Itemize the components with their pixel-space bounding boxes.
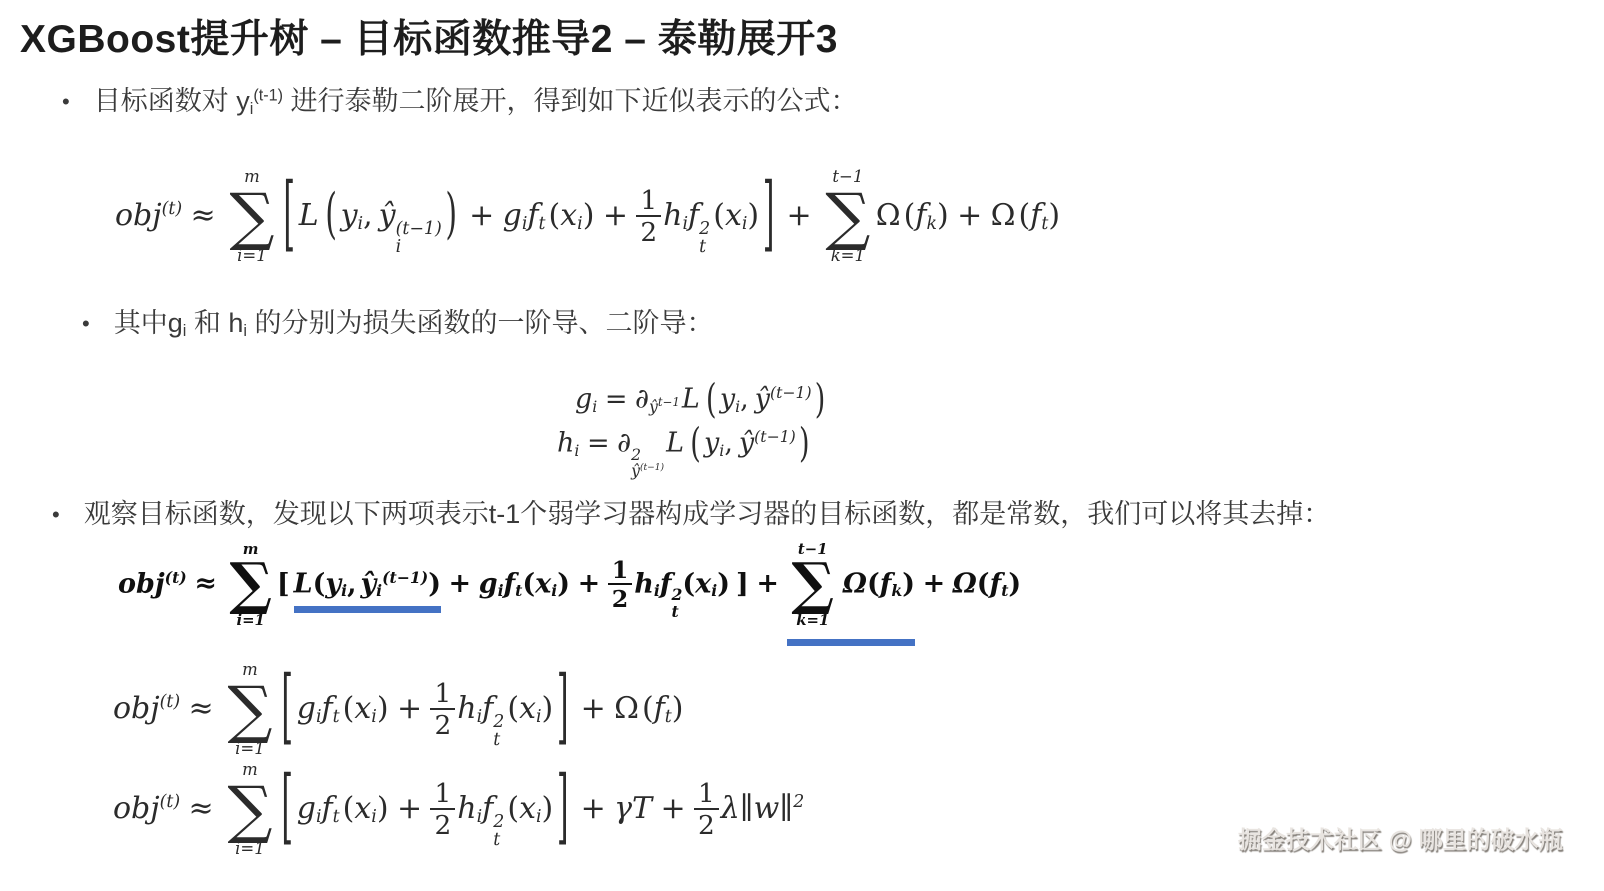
sigma-symbol: ∑ — [229, 187, 274, 247]
math-fraction: 12 — [694, 779, 719, 840]
math-variable: h — [557, 428, 574, 459]
math-bracket: [ — [281, 668, 293, 749]
math-summation: m∑i=1 — [227, 761, 272, 859]
math-symbol: ) — [902, 568, 915, 599]
math-symbol: ( — [682, 568, 695, 599]
sigma-symbol: ∑ — [227, 680, 272, 740]
bullet-2-text: 其中gi 和 hi 的分别为损失函数的一阶导、二阶导： — [114, 306, 714, 342]
math-fraction: 12 — [636, 186, 661, 247]
math-operator: = — [587, 428, 610, 459]
math-bracket: ] — [557, 668, 569, 749]
math-variable: x — [519, 791, 536, 826]
math-bracket: [ — [283, 175, 295, 256]
math-variable: ŷ — [739, 428, 754, 459]
slide: XGBoost提升树 – 目标函数推导2 – 泰勒展开3 • 目标函数对 yi(… — [0, 0, 1604, 891]
math-variable: f — [688, 198, 699, 233]
math-symbol: ( — [713, 198, 725, 233]
sigma-symbol: ∑ — [825, 187, 870, 247]
math-symbol: ∥ — [779, 791, 793, 826]
math-symbol: ) — [937, 198, 949, 233]
math-operator: + — [469, 198, 494, 233]
math-variable: ŷ — [631, 461, 640, 480]
math-bracket: ( — [706, 379, 717, 420]
math-variable: x — [354, 691, 371, 726]
math-variable: g — [297, 691, 316, 726]
math-fraction: 12 — [430, 679, 455, 740]
math-supsub: (t−1)i — [396, 220, 442, 257]
fraction-denominator: 2 — [608, 583, 633, 612]
sum-lower-limit: k=1 — [796, 612, 829, 629]
math-variable: f — [504, 568, 516, 599]
math-variable: f — [527, 198, 538, 233]
math-variable: f — [322, 791, 333, 826]
math-superscript: (t−1) — [754, 427, 796, 446]
bullet-2-p1: 其中g — [114, 308, 183, 338]
math-operator: ≈ — [191, 198, 216, 233]
math-subscript: t — [333, 807, 340, 827]
math-variable: x — [560, 198, 577, 233]
math-variable: x — [519, 691, 536, 726]
math-variable: x — [535, 568, 551, 599]
math-operator: + — [397, 791, 422, 826]
math-variable: h — [457, 791, 476, 826]
math-variable: f — [322, 691, 333, 726]
math-sub: t — [493, 731, 500, 749]
math-bracket: ] — [557, 768, 569, 849]
math-symbol: ( — [343, 791, 355, 826]
math-subscript: t — [333, 707, 340, 727]
math-operator: + — [449, 568, 472, 599]
math-variable: y — [704, 428, 719, 459]
math-variable: x — [354, 791, 371, 826]
math-operator: + — [603, 198, 628, 233]
math-summation: m∑i=1 — [229, 541, 272, 629]
math-symbol: ( — [1019, 198, 1031, 233]
math-variable: f — [990, 568, 1002, 599]
math-sup: 2 — [699, 220, 710, 238]
math-variable: Ω — [843, 568, 867, 599]
math-symbol: ) — [377, 691, 389, 726]
bullet-1-post: 进行泰勒二阶展开，得到如下近似表示的公式： — [283, 86, 858, 116]
math-variable: λ — [721, 791, 740, 826]
formula-objective-regularized: obj(t)≈m∑i=1[gift(xi)+12hif2t(xi)]+γT+12… — [113, 761, 804, 859]
math-variable: Ω — [953, 568, 977, 599]
math-symbol: ( — [867, 568, 880, 599]
math-operator: + — [786, 198, 811, 233]
math-symbol: Ω — [991, 198, 1016, 233]
formula-taylor-objective: obj(t)≈m∑i=1[L(yi,ŷ(t−1)i)+gift(xi)+12hi… — [115, 168, 1060, 266]
math-operator: ≈ — [189, 791, 214, 826]
math-superscript: (t−1) — [382, 568, 428, 587]
bullet-1-text: 目标函数对 yi(t-1) 进行泰勒二阶展开，得到如下近似表示的公式： — [94, 84, 858, 120]
math-symbol: ( — [549, 198, 561, 233]
math-variable: g — [575, 384, 592, 415]
math-sup: 2 — [493, 813, 504, 831]
math-operator: + — [957, 198, 982, 233]
fraction-numerator: 1 — [608, 557, 633, 583]
sum-lower-limit: k=1 — [831, 247, 865, 266]
fraction-numerator: 1 — [430, 679, 455, 708]
math-symbol: ) — [428, 568, 441, 599]
math-variable: w — [754, 791, 780, 826]
math-variable: obj — [115, 198, 162, 233]
math-operator: + — [578, 568, 601, 599]
math-variable: ∂ — [617, 428, 631, 459]
math-sup: 2 — [493, 713, 504, 731]
formula-hessian-hi: hi=∂2ŷ(t−1)L(yi,ŷ(t−1)) — [557, 427, 813, 479]
fraction-denominator: 2 — [636, 215, 661, 247]
math-variable: g — [297, 791, 316, 826]
math-supsub: 2ŷ(t−1) — [631, 447, 664, 480]
math-supsub: 2t — [699, 220, 710, 257]
fraction-denominator: 2 — [430, 808, 455, 840]
bullet-dot: • — [62, 84, 70, 119]
math-variable: ŷ — [379, 198, 396, 233]
math-symbol: ) — [542, 791, 554, 826]
math-bracket: ( — [325, 189, 337, 243]
math-sup: (t−1) — [396, 220, 442, 238]
math-operator: + — [581, 791, 606, 826]
math-symbol: ( — [343, 691, 355, 726]
math-symbol: ∥ — [740, 791, 754, 826]
bullet-2-p3: 的分别为损失函数的一阶导、二阶导： — [247, 308, 714, 338]
math-symbol: ( — [522, 568, 535, 599]
math-bracket: ] — [763, 175, 775, 256]
math-variable: f — [660, 568, 672, 599]
math-variable: y — [341, 198, 358, 233]
math-variable: y — [720, 384, 735, 415]
math-bracket: ) — [815, 379, 826, 420]
math-superscript: (t) — [165, 568, 187, 587]
math-operator: + — [397, 691, 422, 726]
fraction-numerator: 1 — [694, 779, 719, 808]
math-symbol: ] — [736, 568, 749, 599]
math-variable: ŷ — [649, 397, 658, 416]
math-variable: ŷ — [360, 568, 376, 599]
math-variable: f — [482, 791, 493, 826]
math-variable: f — [915, 198, 926, 233]
math-symbol: ) — [717, 568, 730, 599]
math-summation: t−1∑k=1 — [825, 168, 870, 266]
math-variable: x — [725, 198, 742, 233]
math-fraction: 12 — [430, 779, 455, 840]
slide-title: XGBoost提升树 – 目标函数推导2 – 泰勒展开3 — [20, 8, 838, 64]
bullet-dot: • — [82, 306, 90, 341]
math-symbol: ( — [507, 791, 519, 826]
fraction-denominator: 2 — [430, 708, 455, 740]
math-symbol: ( — [977, 568, 990, 599]
math-sub: ŷ(t−1) — [631, 463, 664, 479]
fraction-denominator: 2 — [694, 808, 719, 840]
math-symbol: , — [363, 198, 373, 233]
math-variable: h — [634, 568, 654, 599]
sum-lower-limit: i=1 — [237, 247, 267, 266]
math-sub: i — [396, 238, 402, 256]
math-symbol: ) — [542, 691, 554, 726]
math-variable: obj — [113, 791, 160, 826]
math-superscript: (t) — [160, 792, 181, 812]
math-variable: y — [325, 568, 341, 599]
math-subscript: ŷt−1 — [649, 395, 680, 416]
math-superscript: (t−1) — [770, 383, 812, 402]
math-operator: + — [756, 568, 779, 599]
math-symbol: , — [724, 428, 733, 459]
math-subscript: k — [926, 214, 937, 234]
sum-lower-limit: i=1 — [236, 612, 264, 629]
math-subscript: t — [539, 214, 546, 234]
sigma-symbol: ∑ — [791, 558, 834, 612]
math-symbol: Ω — [614, 691, 639, 726]
math-sub: t — [699, 238, 706, 256]
math-sub: t — [671, 604, 678, 620]
math-operator: = — [605, 384, 628, 415]
bullet-2-p2: 和 h — [186, 308, 243, 338]
math-symbol: ) — [672, 691, 684, 726]
math-variable: f — [1030, 198, 1041, 233]
math-symbol: [ — [277, 568, 290, 599]
math-group-underlined: t−1∑k=1Ω(fk) — [787, 541, 916, 646]
math-superscript: (t−1) — [640, 464, 664, 474]
formula-objective-simplified: obj(t)≈m∑i=1[gift(xi)+12hif2t(xi)]+Ω(ft) — [113, 661, 684, 759]
math-variable: L — [299, 198, 319, 233]
math-subscript: k — [891, 581, 902, 600]
math-variable: L — [666, 428, 684, 459]
math-variable: x — [695, 568, 711, 599]
math-variable: ∂ — [635, 384, 649, 415]
math-symbol: ( — [904, 198, 916, 233]
math-symbol: ) — [583, 198, 595, 233]
math-variable: γT — [614, 791, 652, 826]
math-variable: L — [294, 568, 313, 599]
math-variable: L — [682, 384, 700, 415]
math-variable: obj — [113, 691, 160, 726]
sum-lower-limit: i=1 — [235, 840, 265, 859]
math-supsub: 2t — [671, 587, 682, 620]
math-bracket: ) — [445, 189, 457, 243]
math-summation: m∑i=1 — [229, 168, 274, 266]
bullet-derivatives: • 其中gi 和 hi 的分别为损失函数的一阶导、二阶导： — [82, 306, 714, 342]
math-subscript: i — [592, 397, 597, 416]
math-bracket: ( — [690, 423, 701, 464]
math-subscript: t — [665, 707, 672, 727]
math-variable: ŷ — [755, 384, 770, 415]
math-subscript: i — [574, 441, 579, 460]
math-bracket: ) — [799, 423, 810, 464]
math-variable: g — [503, 198, 522, 233]
bullet-1-superscript: (t-1) — [253, 86, 283, 104]
math-superscript: (t) — [162, 199, 183, 219]
math-summation: m∑i=1 — [227, 661, 272, 759]
bullet-3-text: 观察目标函数，发现以下两项表示t-1个弱学习器构成学习器的目标函数，都是常数，我… — [84, 497, 1331, 532]
math-operator: ≈ — [194, 568, 217, 599]
math-symbol: ) — [747, 198, 759, 233]
math-symbol: ) — [1008, 568, 1021, 599]
math-symbol: ( — [507, 691, 519, 726]
math-symbol: ) — [1048, 198, 1060, 233]
math-operator: ≈ — [189, 691, 214, 726]
fraction-numerator: 1 — [430, 779, 455, 808]
math-symbol: Ω — [876, 198, 901, 233]
math-operator: + — [923, 568, 946, 599]
math-symbol: , — [347, 568, 356, 599]
sigma-symbol: ∑ — [229, 558, 272, 612]
formula-gradient-gi: gi=∂ŷt−1L(yi,ŷ(t−1)) — [575, 383, 829, 416]
math-operator: + — [660, 791, 685, 826]
math-operator: + — [581, 691, 606, 726]
formula-objective-underlined: obj(t)≈m∑i=1[L(yi,ŷi(t−1))+gift(xi)+12hi… — [118, 541, 1021, 646]
math-variable: f — [482, 691, 493, 726]
math-variable: f — [654, 691, 665, 726]
math-supsub: 2t — [493, 713, 504, 750]
fraction-numerator: 1 — [636, 186, 661, 215]
watermark: 掘金技术社区 @ 哪里的破水瓶 — [1238, 820, 1563, 855]
math-supsub: 2t — [493, 813, 504, 850]
sigma-symbol: ∑ — [227, 780, 272, 840]
math-fraction: 12 — [608, 557, 633, 612]
bullet-remove-constants: • 观察目标函数，发现以下两项表示t-1个弱学习器构成学习器的目标函数，都是常数… — [52, 497, 1330, 532]
bullet-dot: • — [52, 497, 60, 532]
math-superscript: t−1 — [658, 395, 680, 409]
math-symbol: ( — [642, 691, 654, 726]
math-symbol: , — [740, 384, 749, 415]
math-symbol: ( — [313, 568, 326, 599]
math-symbol: ) — [557, 568, 570, 599]
math-bracket: [ — [281, 768, 293, 849]
math-group-underlined: L(yi,ŷi(t−1)) — [294, 568, 441, 614]
math-sub: t — [493, 831, 500, 849]
math-superscript: 2 — [793, 792, 804, 812]
math-summation: t−1∑k=1 — [791, 541, 834, 629]
math-variable: h — [663, 198, 682, 233]
math-variable: h — [457, 691, 476, 726]
bullet-taylor-expansion: • 目标函数对 yi(t-1) 进行泰勒二阶展开，得到如下近似表示的公式： — [62, 84, 858, 120]
math-superscript: (t) — [160, 692, 181, 712]
bullet-1-pre: 目标函数对 y — [94, 86, 250, 116]
math-variable: f — [880, 568, 892, 599]
math-symbol: ) — [377, 791, 389, 826]
math-variable: g — [479, 568, 498, 599]
math-variable: obj — [118, 568, 165, 599]
sum-lower-limit: i=1 — [235, 740, 265, 759]
